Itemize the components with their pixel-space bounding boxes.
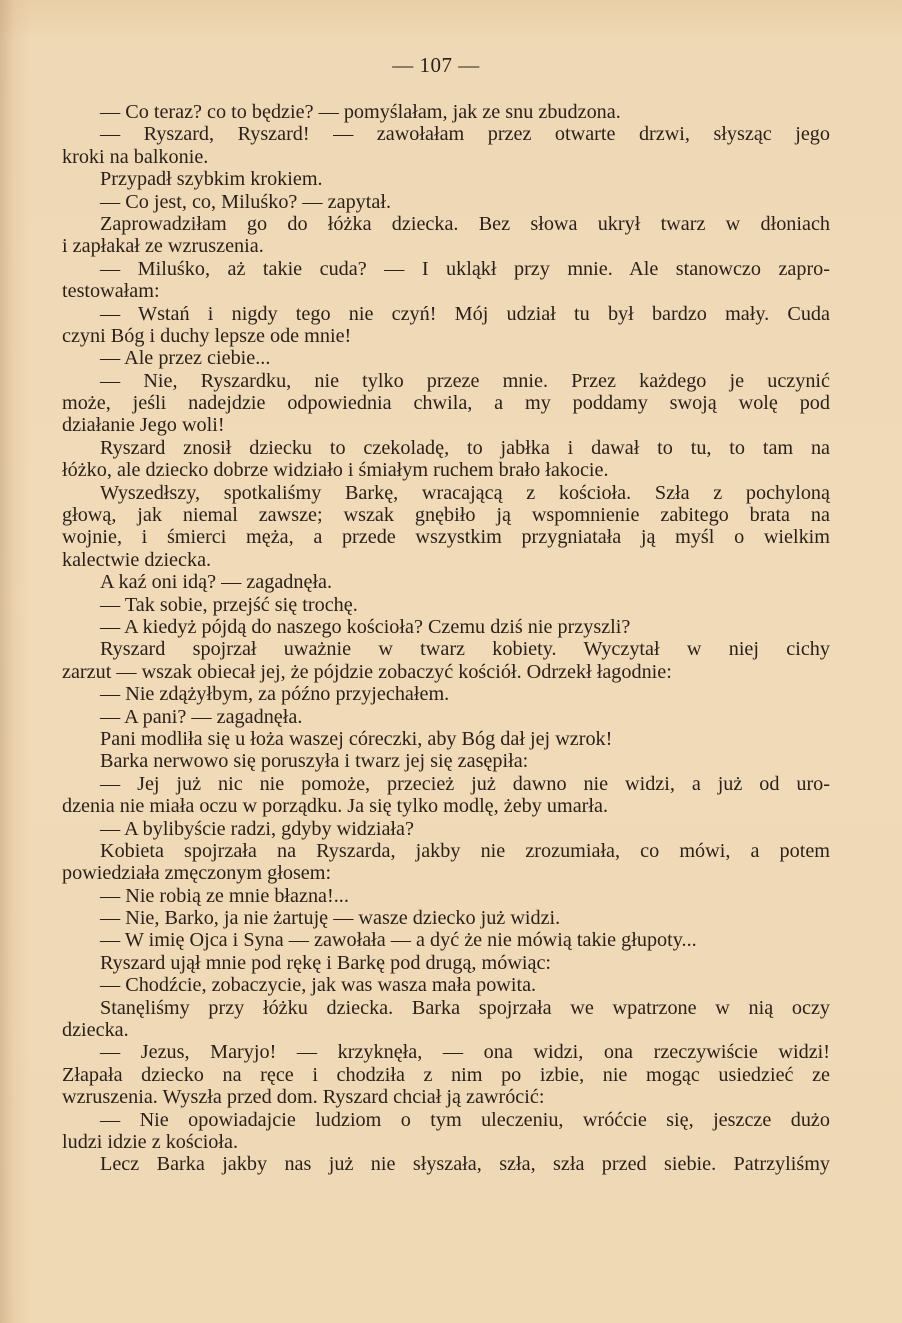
text-line: może, jeśli nadejdzie odpowiednia chwila… — [62, 392, 830, 414]
text-line: A kaź oni idą? — zagadnęła. — [62, 571, 830, 593]
text-line: Ryszard ujął mnie pod rękę i Barkę pod d… — [62, 952, 830, 974]
text-line: — Co jest, co, Miluśko? — zapytał. — [62, 191, 830, 213]
text-line: — Chodźcie, zobaczycie, jak was wasza ma… — [62, 974, 830, 996]
page-number: — 107 — — [0, 53, 887, 78]
text-line: — A kiedyż pójdą do naszego kościoła? Cz… — [62, 616, 830, 638]
text-line: — Nie, Barko, ja nie żartuję — wasze dzi… — [62, 907, 830, 929]
text-line: — Wstań i nigdy tego nie czyń! Mój udzia… — [62, 303, 830, 325]
text-line: — Nie, Ryszardku, nie tylko przeze mnie.… — [62, 370, 830, 392]
page-body-text: — Co teraz? co to będzie? — pomyślałam, … — [62, 101, 830, 1176]
text-line: — Nie robią ze mnie błazna!... — [62, 885, 830, 907]
text-line: — Tak sobie, przejść się trochę. — [62, 594, 830, 616]
text-line: — A pani? — zagadnęła. — [62, 706, 830, 728]
text-line: — Nie zdążyłbym, za późno przyjechałem. — [62, 683, 830, 705]
text-line: ludzi idzie z kościoła. — [62, 1131, 830, 1153]
text-line: Ryszard znosił dziecku to czekoladę, to … — [62, 437, 830, 459]
book-page: — 107 — — Co teraz? co to będzie? — pomy… — [0, 0, 902, 1323]
text-line: — Co teraz? co to będzie? — pomyślałam, … — [62, 101, 830, 123]
text-line: Stanęliśmy przy łóżku dziecka. Barka spo… — [62, 997, 830, 1019]
text-line: wojnie, i śmierci męża, a przede wszystk… — [62, 526, 830, 548]
text-line: łóżko, ale dziecko dobrze widziało i śmi… — [62, 459, 830, 481]
text-line: Kobieta spojrzała na Ryszarda, jakby nie… — [62, 840, 830, 862]
text-line: — A bylibyście radzi, gdyby widziała? — [62, 818, 830, 840]
text-line: głową, jak niemal zawsze; wszak gnębiło … — [62, 504, 830, 526]
text-line: testowałam: — [62, 280, 830, 302]
text-line: dzenia nie miała oczu w porządku. Ja się… — [62, 795, 830, 817]
text-line: Barka nerwowo się poruszyła i twarz jej … — [62, 750, 830, 772]
text-line: — W imię Ojca i Syna — zawołała — a dyć … — [62, 929, 830, 951]
text-line: wzruszenia. Wyszła przed dom. Ryszard ch… — [62, 1086, 830, 1108]
text-line: — Miluśko, aż takie cuda? — I ukląkł prz… — [62, 258, 830, 280]
text-line: działanie Jego woli! — [62, 414, 830, 436]
text-line: Ryszard spojrzał uważnie w twarz kobiety… — [62, 638, 830, 660]
text-line: dziecka. — [62, 1019, 830, 1041]
text-line: — Jej już nic nie pomoże, przecież już d… — [62, 773, 830, 795]
text-line: — Ryszard, Ryszard! — zawołałam przez ot… — [62, 123, 830, 145]
text-line: Lecz Barka jakby nas już nie słyszała, s… — [62, 1153, 830, 1175]
text-line: — Jezus, Maryjo! — krzyknęła, — ona widz… — [62, 1041, 830, 1063]
text-line: powiedziała zmęczonym głosem: — [62, 862, 830, 884]
text-line: Zaprowadziłam go do łóżka dziecka. Bez s… — [62, 213, 830, 235]
text-line: Pani modliła się u łoża waszej córeczki,… — [62, 728, 830, 750]
text-line: zarzut — wszak obiecał jej, że pójdzie z… — [62, 661, 830, 683]
text-line: kroki na balkonie. — [62, 146, 830, 168]
text-line: — Nie opowiadajcie ludziom o tym uleczen… — [62, 1109, 830, 1131]
text-line: Złapała dziecko na ręce i chodziła z nim… — [62, 1064, 830, 1086]
text-line: czyni Bóg i duchy lepsze ode mnie! — [62, 325, 830, 347]
text-line: Wyszedłszy, spotkaliśmy Barkę, wracającą… — [62, 482, 830, 504]
text-line: Przypadł szybkim krokiem. — [62, 168, 830, 190]
text-line: i zapłakał ze wzruszenia. — [62, 235, 830, 257]
text-line: kalectwie dziecka. — [62, 549, 830, 571]
text-line: — Ale przez ciebie... — [62, 347, 830, 369]
